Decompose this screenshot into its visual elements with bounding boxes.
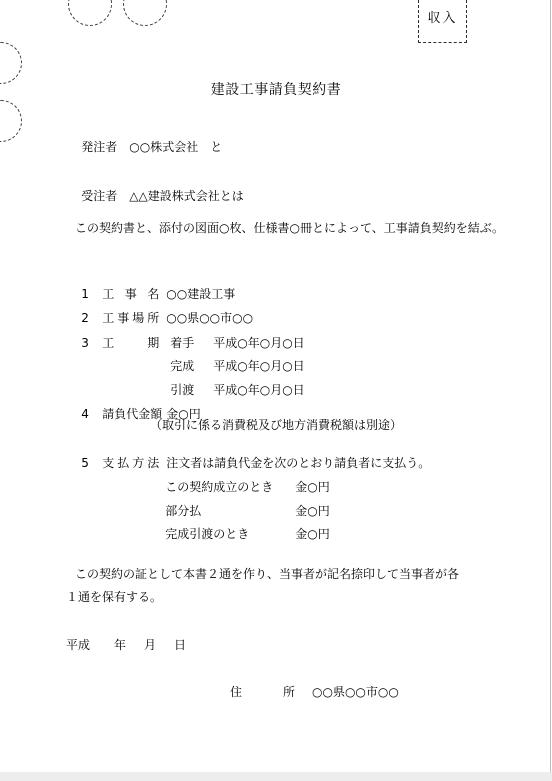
orderer-particle: と	[210, 140, 222, 154]
revenue-stamp-label: 収入	[427, 11, 457, 26]
consumption-tax-note: （取引に係る消費税及び地方消費税額は別途）	[150, 419, 402, 432]
orderer-name: ○○株式会社	[129, 140, 198, 154]
document-title: 建設工事請負契約書	[0, 83, 552, 98]
orderer-role-label: 発注者	[81, 140, 117, 154]
orderer-line: 発注者○○株式会社と	[66, 128, 222, 167]
date-month-label: 月	[144, 639, 156, 652]
contractor-name: △△建設株式会社とは	[129, 189, 243, 203]
address-label-right: 所	[283, 686, 295, 699]
tally-seal-arc-left-2	[0, 100, 22, 142]
tally-seal-arc-top-1	[68, 0, 112, 26]
schedule-date: 平成○年○月○日	[213, 383, 304, 397]
date-year-label: 年	[114, 639, 126, 652]
contract-document-page: 収入 建設工事請負契約書 発注者○○株式会社と 受注者△△建設株式会社とは この…	[0, 0, 552, 781]
item-number: 4	[81, 408, 102, 421]
closing-paragraph: この契約の証として本書２通を作り、当事者が記名捺印して当事者が各１通を保有する。	[66, 563, 468, 609]
tally-seal-arc-top-2	[123, 0, 167, 26]
date-era-label: 平成	[66, 639, 90, 652]
item-value: ○○県○○市○○	[166, 311, 253, 325]
payment-timing: 完成引渡のとき	[165, 528, 295, 541]
intro-paragraph: この契約書と、添付の図面○枚、仕様書○冊とによって、工事請負契約を結ぶ。	[75, 222, 504, 235]
page-bottom-edge	[0, 772, 552, 781]
contractor-line: 受注者△△建設株式会社とは	[66, 177, 244, 216]
payment-amount: 金○円	[295, 527, 329, 541]
address-value: ○○県○○市○○	[312, 686, 399, 699]
revenue-stamp-box: 収入	[418, 0, 467, 43]
item-number: 5	[81, 457, 102, 470]
item-label: 工期	[102, 337, 159, 350]
payment-row-on-handover: 完成引渡のとき金○円	[150, 515, 330, 554]
address-label-left: 住	[230, 686, 242, 699]
item-number: 3	[81, 337, 102, 350]
contractor-role-label: 受注者	[81, 189, 117, 203]
tally-seal-arc-left-1	[0, 42, 22, 84]
page-right-edge	[550, 0, 551, 781]
date-day-label: 日	[174, 639, 186, 652]
